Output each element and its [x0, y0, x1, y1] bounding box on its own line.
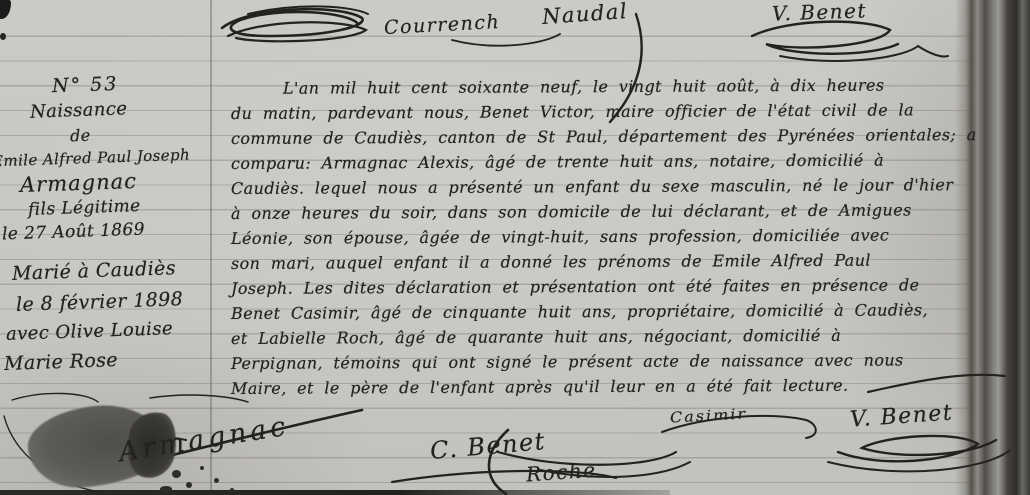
margin-legitimacy: fils Légitime [28, 196, 141, 220]
top-signature-v-benet: V. Benet [772, 0, 868, 26]
ink-spatter-dot [214, 478, 219, 483]
signature-roche: Roche [525, 458, 597, 487]
body-line: Maire, et le père de l'enfant après qu'i… [231, 375, 979, 398]
body-line: L'an mil huit cent soixante neuf, le vin… [231, 75, 979, 98]
body-line: à onze heures du soir, dans son domicile… [231, 200, 979, 223]
edge-ink-dot [0, 33, 6, 40]
body-line: Perpignan, témoins qui ont signé le prés… [231, 350, 979, 373]
margin-child-surname: Armagnac [20, 169, 138, 197]
body-line: Léonie, son épouse, âgée de vingt-huit, … [231, 225, 979, 248]
margin-act-type: Naissance [30, 98, 128, 122]
body-line: Joseph. Les dites déclaration et présent… [231, 275, 979, 298]
body-line: son mari, auquel enfant il a donné les p… [231, 250, 979, 273]
ink-spatter-dot [186, 482, 192, 488]
ink-spatter-dot [172, 470, 181, 478]
body-line: Caudiès. lequel nous a présenté un enfan… [231, 175, 979, 198]
record-number: N° 53 [52, 73, 119, 97]
margin-line-de: de [70, 126, 91, 146]
body-line: comparu: Armagnac Alexis, âgé de trente … [231, 150, 979, 173]
body-line: et Labielle Roch, âgé de quarante huit a… [231, 325, 979, 348]
ink-spatter-dot [230, 488, 234, 492]
scanned-birth-register-page: Courrench Naudal V. Benet N° 53 Naissanc… [0, 0, 1030, 495]
margin-marriage-note-line: Marie Rose [4, 349, 119, 375]
margin-rule-line [210, 0, 212, 495]
ink-spatter-dot [200, 466, 204, 470]
ink-spatter-dot [160, 486, 172, 493]
body-line: Benet Casimir, âgé de cinquante huit ans… [231, 300, 979, 323]
page-bottom-edge [0, 490, 670, 495]
body-line: commune de Caudiès, canton de St Paul, d… [231, 125, 979, 148]
body-line: du matin, pardevant nous, Benet Victor, … [231, 100, 979, 123]
